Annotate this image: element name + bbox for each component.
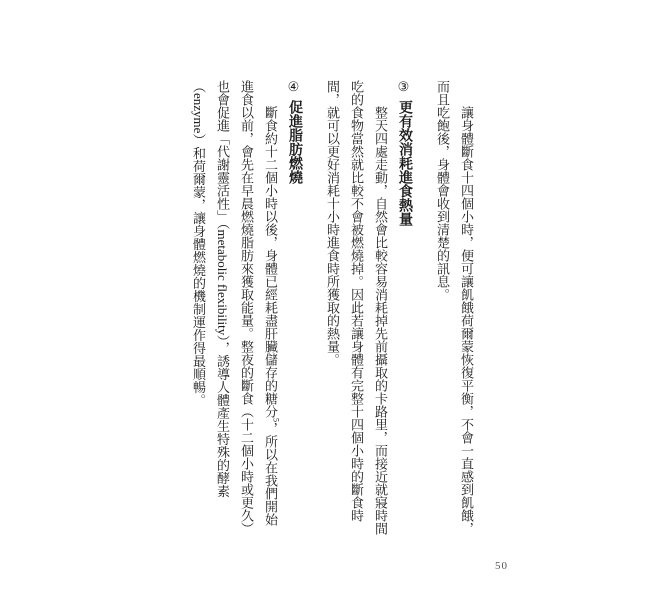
- circled-number-3: ③: [397, 80, 412, 95]
- paragraph-section-4: 斷食約十二個小時以後，身體已經耗盡肝臟儲存的糖分5，所以在我們開始進食以前，會先…: [186, 80, 282, 538]
- section-heading-4: ④促進脂肪燃燒: [282, 80, 306, 538]
- paragraph-section-3: 整天四處走動，自然會比較容易消耗掉先前攝取的卡路里，而接近就寢時間吃的食物當然就…: [320, 80, 392, 538]
- heading-label-3: 更有效消耗進食熱量: [397, 100, 412, 226]
- page-number: 50: [495, 560, 508, 572]
- paragraph-section-4-before-note: 斷食約十二個小時以後，身體已經耗盡肝臟儲存的糖分: [263, 106, 278, 418]
- section-heading-3: ③更有效消耗進食熱量: [392, 80, 416, 538]
- book-page: 讓身體斷食十四個小時，便可讓飢餓荷爾蒙恢復平衡，不會一直感到飢餓，而且吃飽後，身…: [0, 0, 655, 609]
- vertical-text-block: 讓身體斷食十四個小時，便可讓飢餓荷爾蒙恢復平衡，不會一直感到飢餓，而且吃飽後，身…: [186, 80, 478, 538]
- paragraph-intro-continuation: 讓身體斷食十四個小時，便可讓飢餓荷爾蒙恢復平衡，不會一直感到飢餓，而且吃飽後，身…: [430, 80, 478, 538]
- circled-number-4: ④: [287, 80, 302, 95]
- heading-label-4: 促進脂肪燃燒: [287, 100, 302, 184]
